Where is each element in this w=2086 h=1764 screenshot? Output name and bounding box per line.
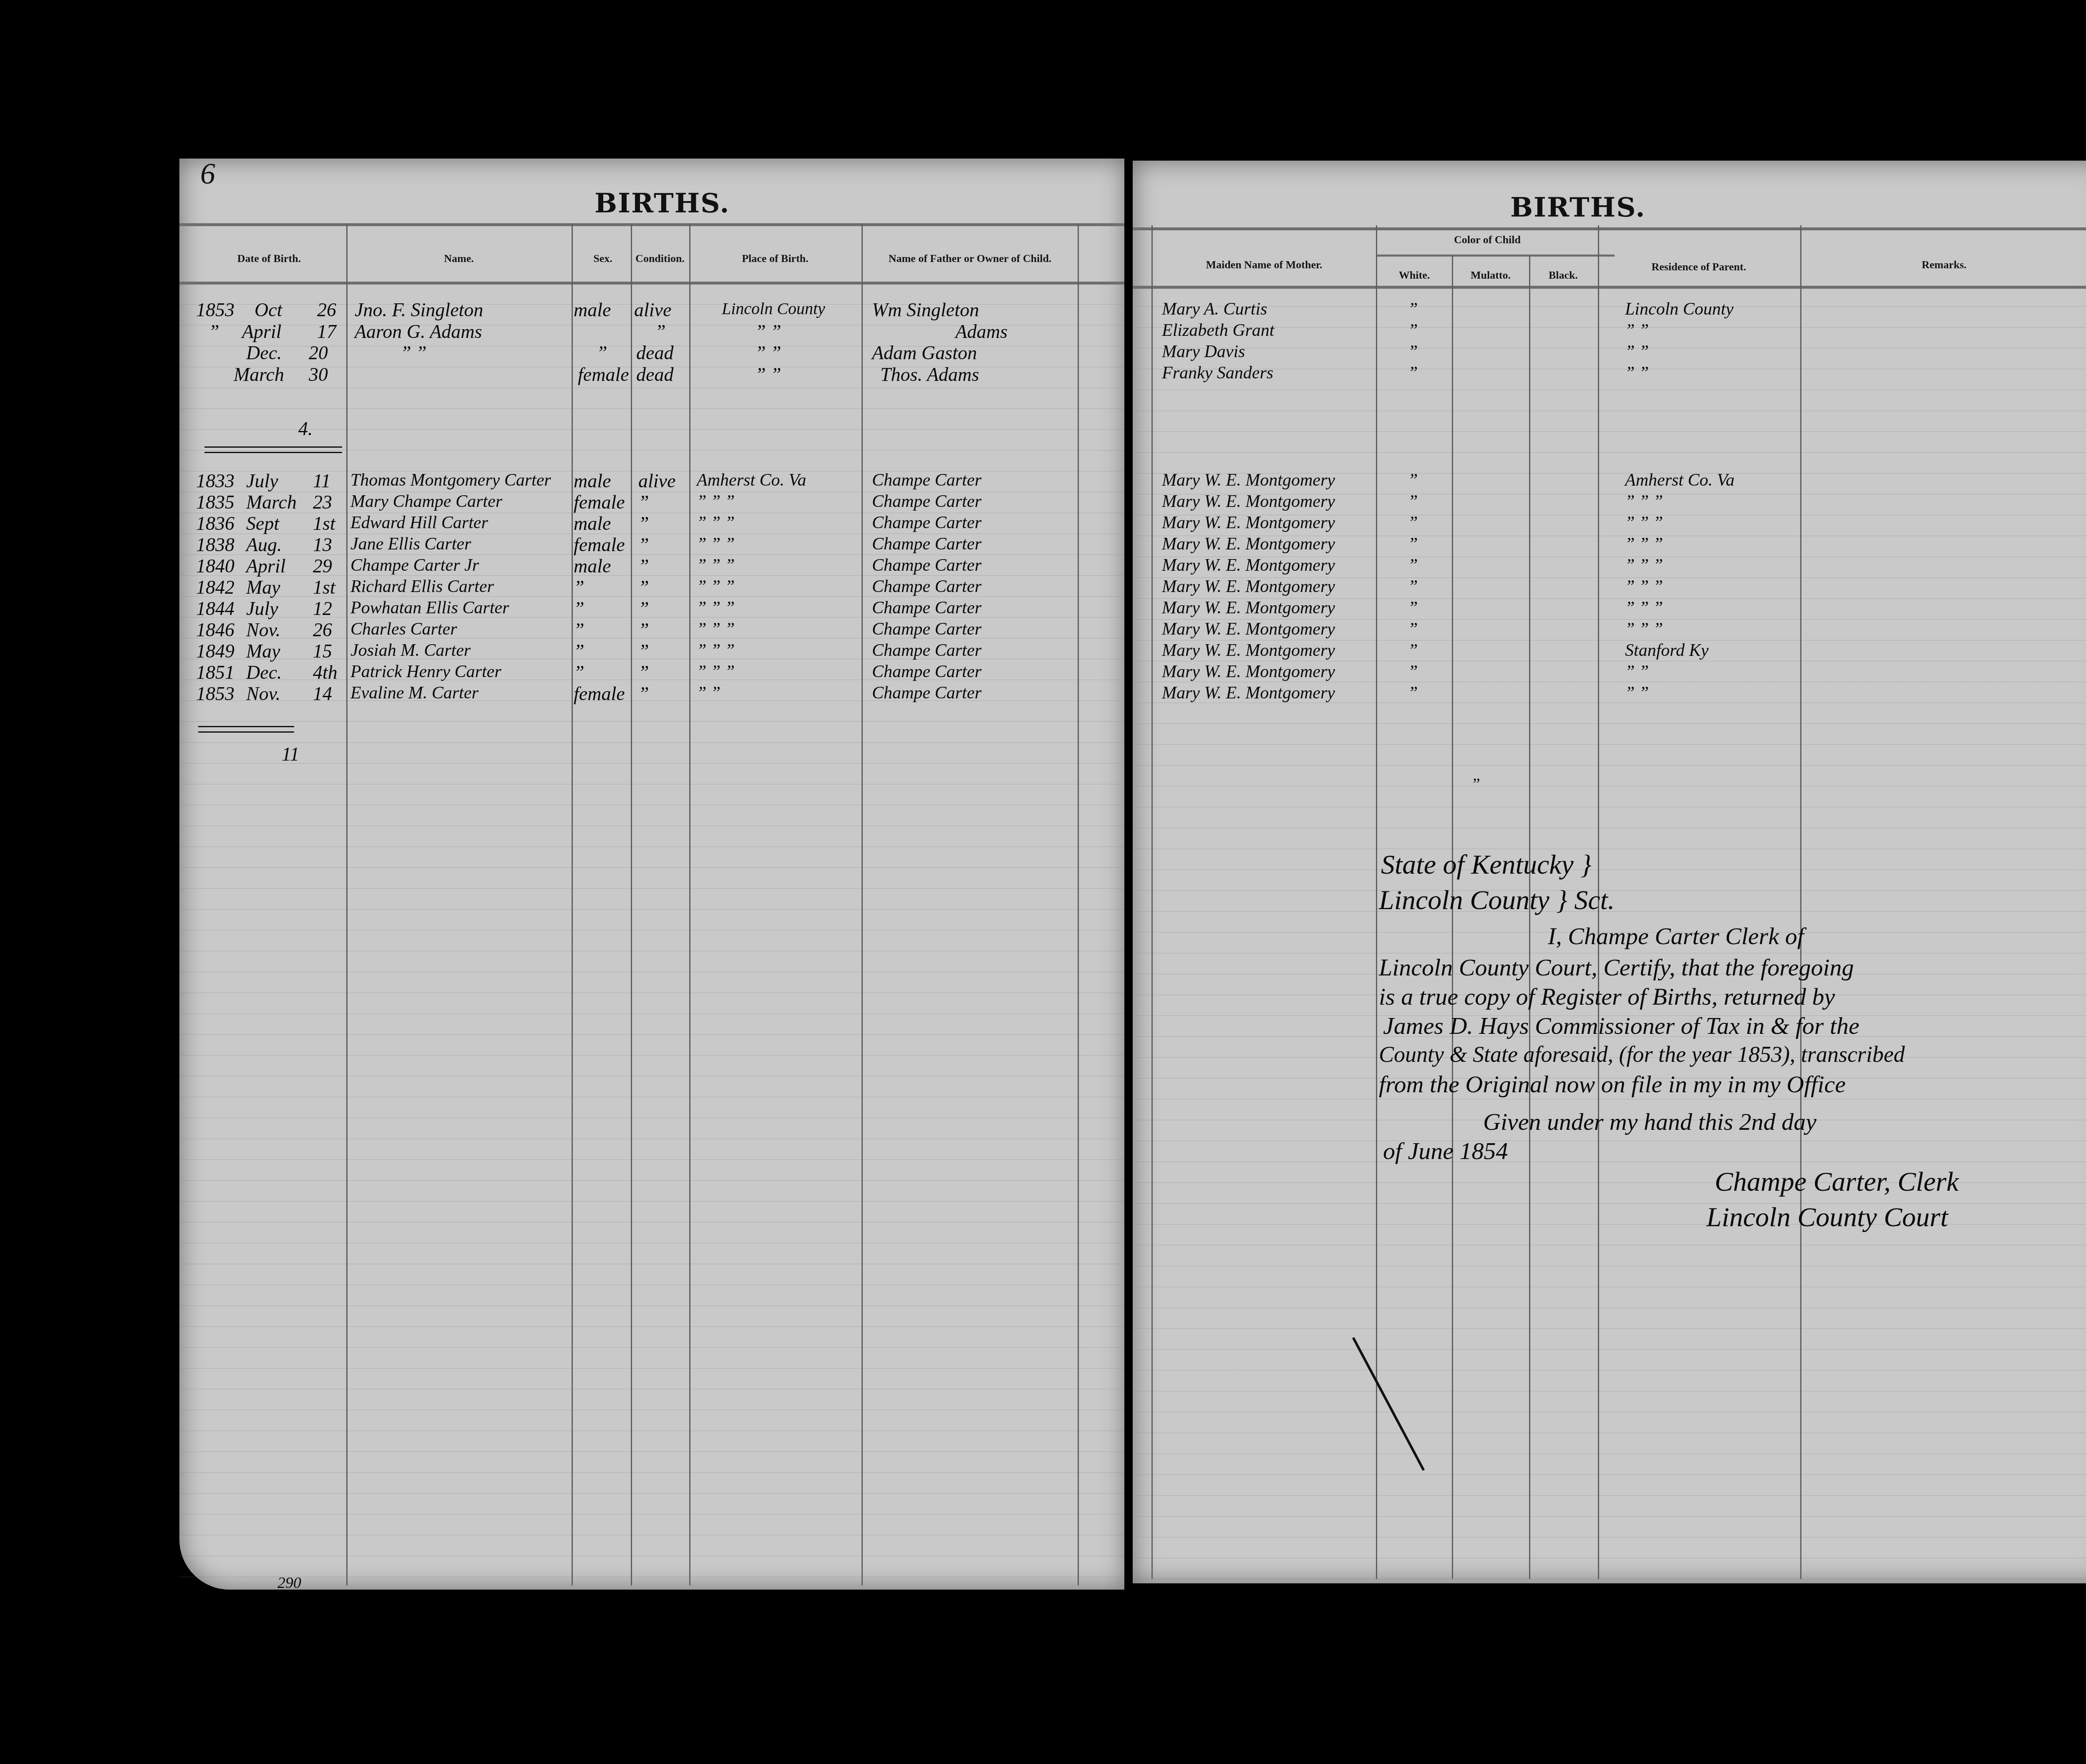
birth-day: 1st bbox=[313, 578, 335, 597]
birth-day: 20 bbox=[309, 343, 328, 363]
residence-of-parent: ” ” bbox=[1625, 364, 1649, 382]
place-of-birth: ” ” ” bbox=[697, 578, 735, 595]
column-header-mother: Maiden Name of Mother. bbox=[1206, 259, 1322, 271]
sex: male bbox=[574, 557, 611, 576]
residence-of-parent: ” ” ” bbox=[1625, 535, 1663, 553]
sex: male bbox=[574, 514, 611, 533]
birth-year: ” bbox=[209, 322, 219, 341]
mother-maiden-name: Franky Sanders bbox=[1162, 364, 1273, 382]
mother-maiden-name: Mary W. E. Montgomery bbox=[1162, 578, 1335, 595]
certification-line: State of Kentucky } bbox=[1381, 851, 1592, 879]
certification-line: from the Original now on file in my in m… bbox=[1379, 1072, 1846, 1096]
birth-day: 17 bbox=[317, 322, 336, 341]
place-of-birth: ” ” bbox=[755, 322, 781, 341]
birth-day: 30 bbox=[309, 365, 328, 384]
color-white: ” bbox=[1408, 343, 1418, 360]
residence-of-parent: Lincoln County bbox=[1625, 300, 1733, 318]
place-of-birth: ” ” ” bbox=[697, 493, 735, 510]
father-name: Champe Carter bbox=[872, 663, 982, 680]
child-name: ” ” bbox=[401, 343, 427, 363]
residence-of-parent: ” ” ” bbox=[1625, 493, 1663, 510]
condition: ” bbox=[638, 620, 649, 640]
place-of-birth: ” ” ” bbox=[697, 535, 735, 553]
condition: ” bbox=[638, 684, 649, 703]
certification-line: is a true copy of Register of Births, re… bbox=[1379, 985, 1835, 1009]
column-header-residence: Residence of Parent. bbox=[1652, 261, 1746, 273]
birth-year: 1853 bbox=[196, 300, 234, 320]
birth-day: 12 bbox=[313, 599, 332, 618]
column-header-place: Place of Birth. bbox=[742, 252, 809, 265]
sex: female bbox=[574, 493, 625, 512]
birth-year: 1833 bbox=[196, 471, 234, 491]
father-name: Champe Carter bbox=[872, 642, 982, 659]
column-header-color-of-child: Color of Child bbox=[1454, 234, 1521, 246]
residence-of-parent: ” ” ” bbox=[1625, 599, 1663, 617]
column-divider bbox=[1376, 225, 1377, 1579]
father-name: Champe Carter bbox=[872, 578, 982, 595]
mother-maiden-name: Mary W. E. Montgomery bbox=[1162, 535, 1335, 553]
color-white: ” bbox=[1408, 514, 1418, 532]
birth-day: 1st bbox=[313, 514, 335, 533]
child-name: Mary Champe Carter bbox=[350, 493, 502, 510]
father-name: Champe Carter bbox=[872, 471, 982, 489]
birth-day: 13 bbox=[313, 535, 332, 554]
color-white: ” bbox=[1408, 620, 1418, 638]
child-name: Champe Carter Jr bbox=[350, 557, 479, 574]
place-of-birth: ” ” ” bbox=[697, 663, 735, 680]
certification-line: James D. Hays Commissioner of Tax in & f… bbox=[1383, 1014, 1859, 1038]
father-name: Wm Singleton bbox=[872, 300, 979, 320]
column-divider bbox=[1800, 225, 1801, 1579]
sex: female bbox=[578, 365, 629, 384]
condition: ” bbox=[638, 514, 649, 533]
place-of-birth: ” ” bbox=[697, 684, 721, 702]
birth-month: July bbox=[246, 599, 278, 618]
birth-year: 1842 bbox=[196, 578, 234, 597]
birth-day: 15 bbox=[313, 642, 332, 661]
condition: ” bbox=[638, 557, 649, 576]
column-header-mulatto: Mulatto. bbox=[1471, 269, 1511, 282]
color-white: ” bbox=[1408, 557, 1418, 574]
clerk-office: Lincoln County Court bbox=[1706, 1204, 1948, 1231]
birth-year: 1846 bbox=[196, 620, 234, 640]
birth-month: Dec. bbox=[246, 663, 282, 682]
residence-of-parent: Amherst Co. Va bbox=[1625, 471, 1735, 489]
color-white: ” bbox=[1408, 642, 1418, 659]
birth-month: Nov. bbox=[246, 620, 280, 640]
condition: ” bbox=[655, 322, 666, 341]
condition: ” bbox=[638, 578, 649, 597]
mother-maiden-name: Elizabeth Grant bbox=[1162, 322, 1275, 339]
child-name: Patrick Henry Carter bbox=[350, 663, 501, 680]
birth-month: Dec. bbox=[246, 343, 282, 363]
child-name: Evaline M. Carter bbox=[350, 684, 479, 702]
place-of-birth: ” ” bbox=[755, 365, 781, 384]
column-divider bbox=[572, 223, 573, 1585]
residence-of-parent: ” ” ” bbox=[1625, 578, 1663, 595]
birth-year: 1835 bbox=[196, 493, 234, 512]
column-header-sex: Sex. bbox=[593, 252, 612, 265]
father-name: Champe Carter bbox=[872, 535, 982, 553]
place-of-birth: ” ” ” bbox=[697, 514, 735, 532]
birth-day: 26 bbox=[313, 620, 332, 640]
header-top-rule bbox=[1133, 227, 2086, 230]
condition: dead bbox=[636, 365, 673, 384]
birth-month: May bbox=[246, 578, 280, 597]
certification-line: Lincoln County } Sct. bbox=[1379, 887, 1615, 914]
residence-of-parent: ” ” bbox=[1625, 684, 1649, 702]
certification-line: I, Champe Carter Clerk of bbox=[1548, 924, 1804, 948]
residence-of-parent: ” ” ” bbox=[1625, 620, 1663, 638]
color-white: ” bbox=[1408, 684, 1418, 702]
group-end-flourish bbox=[204, 446, 342, 453]
column-divider bbox=[346, 223, 348, 1585]
condition: ” bbox=[638, 663, 649, 682]
sex: ” bbox=[574, 620, 584, 640]
birth-year: 1849 bbox=[196, 642, 234, 661]
color-white: ” bbox=[1408, 663, 1418, 680]
column-header-name: Name. bbox=[444, 252, 474, 265]
father-name: Champe Carter bbox=[872, 514, 982, 532]
color-white: ” bbox=[1408, 493, 1418, 510]
column-divider bbox=[1078, 223, 1079, 1585]
birth-year: 1851 bbox=[196, 663, 234, 682]
place-of-birth: Amherst Co. Va bbox=[697, 471, 806, 489]
sex: ” bbox=[574, 663, 584, 682]
birth-month: March bbox=[246, 493, 297, 512]
father-name: Champe Carter bbox=[872, 557, 982, 574]
residence-of-parent: ” ” bbox=[1625, 322, 1649, 339]
condition: ” bbox=[638, 493, 649, 512]
child-name: Josiah M. Carter bbox=[350, 642, 471, 659]
residence-of-parent: Stanford Ky bbox=[1625, 642, 1708, 659]
mother-maiden-name: Mary W. E. Montgomery bbox=[1162, 599, 1335, 617]
residence-of-parent: ” ” bbox=[1625, 343, 1649, 360]
condition: alive bbox=[634, 300, 671, 320]
mother-maiden-name: Mary W. E. Montgomery bbox=[1162, 620, 1335, 638]
birth-year: 1853 bbox=[196, 684, 234, 703]
birth-day: 11 bbox=[313, 471, 331, 491]
birth-day: 23 bbox=[313, 493, 332, 512]
color-white: ” bbox=[1408, 300, 1418, 318]
sex: ” bbox=[574, 642, 584, 661]
column-header-black: Black. bbox=[1549, 269, 1578, 282]
child-name: Aaron G. Adams bbox=[355, 322, 482, 341]
mother-maiden-name: Mary A. Curtis bbox=[1162, 300, 1267, 318]
birth-month: March bbox=[234, 365, 284, 384]
column-header-date: Date of Birth. bbox=[237, 252, 301, 265]
birth-day: 4th bbox=[313, 663, 338, 682]
residence-of-parent: ” ” bbox=[1625, 663, 1649, 680]
certification-line: Given under my hand this 2nd day bbox=[1483, 1110, 1816, 1134]
birth-month: Aug. bbox=[246, 535, 282, 554]
color-white: ” bbox=[1408, 471, 1418, 489]
column-divider bbox=[689, 223, 690, 1585]
residence-of-parent: ” ” ” bbox=[1625, 514, 1663, 532]
birth-month: Sept bbox=[246, 514, 279, 533]
mother-maiden-name: Mary W. E. Montgomery bbox=[1162, 642, 1335, 659]
color-white: ” bbox=[1408, 535, 1418, 553]
mother-maiden-name: Mary W. E. Montgomery bbox=[1162, 514, 1335, 532]
place-of-birth: ” ” ” bbox=[697, 642, 735, 659]
column-divider bbox=[1529, 256, 1530, 1579]
group-count-tally: 4. bbox=[298, 419, 313, 438]
father-name: Thos. Adams bbox=[880, 365, 979, 384]
column-divider bbox=[862, 223, 863, 1585]
column-header-condition: Condition. bbox=[635, 252, 685, 265]
place-of-birth: Lincoln County bbox=[722, 300, 825, 317]
birth-year: 1840 bbox=[196, 557, 234, 576]
color-white: ” bbox=[1408, 578, 1418, 595]
page-title: BIRTHS. bbox=[1510, 192, 1645, 223]
child-name: Jno. F. Singleton bbox=[355, 300, 483, 320]
clerk-signature: Champe Carter, Clerk bbox=[1715, 1168, 1959, 1196]
sex: male bbox=[574, 471, 611, 491]
mother-maiden-name: Mary W. E. Montgomery bbox=[1162, 471, 1335, 489]
birth-month: Oct bbox=[254, 300, 282, 320]
place-of-birth: ” ” ” bbox=[697, 620, 735, 638]
sex: ” bbox=[597, 343, 607, 363]
group-end-flourish bbox=[198, 726, 294, 733]
stray-ditto-mark: ” bbox=[1473, 774, 1480, 794]
place-of-birth: ” ” ” bbox=[697, 599, 735, 617]
color-white: ” bbox=[1408, 322, 1418, 339]
birth-day: 26 bbox=[317, 300, 336, 320]
child-name: Charles Carter bbox=[350, 620, 457, 638]
birth-year: 1838 bbox=[196, 535, 234, 554]
right-ledger-page: BIRTHS. Maiden Name of Mother. Color of … bbox=[1133, 161, 2086, 1583]
father-name: Champe Carter bbox=[872, 599, 982, 617]
birth-year: 1836 bbox=[196, 514, 234, 533]
condition: ” bbox=[638, 599, 649, 618]
column-header-father: Name of Father or Owner of Child. bbox=[889, 252, 1052, 265]
sex: ” bbox=[574, 599, 584, 618]
birth-month: July bbox=[246, 471, 278, 491]
mother-maiden-name: Mary W. E. Montgomery bbox=[1162, 557, 1335, 574]
sex: male bbox=[574, 300, 611, 320]
sex: ” bbox=[574, 578, 584, 597]
father-name: Adams bbox=[955, 322, 1008, 341]
column-divider bbox=[631, 223, 632, 1585]
father-name: Adam Gaston bbox=[872, 343, 977, 363]
birth-month: April bbox=[242, 322, 282, 341]
place-of-birth: ” ” ” bbox=[697, 557, 735, 574]
column-divider bbox=[1151, 225, 1153, 1579]
child-name: Edward Hill Carter bbox=[350, 514, 488, 532]
birth-month: Nov. bbox=[246, 684, 280, 703]
certification-line: Lincoln County Court, Certify, that the … bbox=[1379, 955, 1854, 980]
birth-day: 14 bbox=[313, 684, 332, 703]
child-name: Jane Ellis Carter bbox=[350, 535, 471, 553]
father-name: Champe Carter bbox=[872, 684, 982, 702]
mother-maiden-name: Mary Davis bbox=[1162, 343, 1245, 360]
column-divider bbox=[1452, 256, 1453, 1579]
father-name: Champe Carter bbox=[872, 620, 982, 638]
sex: female bbox=[574, 535, 625, 554]
condition: dead bbox=[636, 343, 673, 363]
condition: ” bbox=[638, 642, 649, 661]
mother-maiden-name: Mary W. E. Montgomery bbox=[1162, 493, 1335, 510]
condition: alive bbox=[638, 471, 675, 491]
page-title: BIRTHS. bbox=[595, 188, 730, 219]
footer-folio-number: 290 bbox=[277, 1575, 301, 1591]
birth-year: 1844 bbox=[196, 599, 234, 618]
birth-month: May bbox=[246, 642, 280, 661]
color-white: ” bbox=[1408, 364, 1418, 382]
certification-line: County & State aforesaid, (for the year … bbox=[1379, 1043, 1905, 1066]
birth-month: April bbox=[246, 557, 286, 576]
mother-maiden-name: Mary W. E. Montgomery bbox=[1162, 684, 1335, 702]
child-name: Thomas Montgomery Carter bbox=[350, 471, 551, 489]
column-header-white: White. bbox=[1399, 269, 1430, 282]
sex: female bbox=[574, 684, 625, 703]
residence-of-parent: ” ” ” bbox=[1625, 557, 1663, 574]
left-ledger-page: 6 BIRTHS. Date of Birth. Name. Sex. Cond… bbox=[179, 159, 1126, 1590]
place-of-birth: ” ” bbox=[755, 343, 781, 363]
father-name: Champe Carter bbox=[872, 493, 982, 510]
birth-day: 29 bbox=[313, 557, 332, 576]
column-header-remarks: Remarks. bbox=[1922, 259, 1967, 271]
color-white: ” bbox=[1408, 599, 1418, 617]
mother-maiden-name: Mary W. E. Montgomery bbox=[1162, 663, 1335, 680]
child-name: Powhatan Ellis Carter bbox=[350, 599, 509, 617]
color-subheader-rule bbox=[1377, 255, 1615, 257]
condition: ” bbox=[638, 535, 649, 554]
header-top-rule bbox=[179, 223, 1126, 226]
child-name: Richard Ellis Carter bbox=[350, 578, 494, 595]
group-count-tally: 11 bbox=[282, 745, 300, 764]
page-number: 6 bbox=[200, 156, 215, 191]
certification-line: of June 1854 bbox=[1383, 1139, 1508, 1163]
